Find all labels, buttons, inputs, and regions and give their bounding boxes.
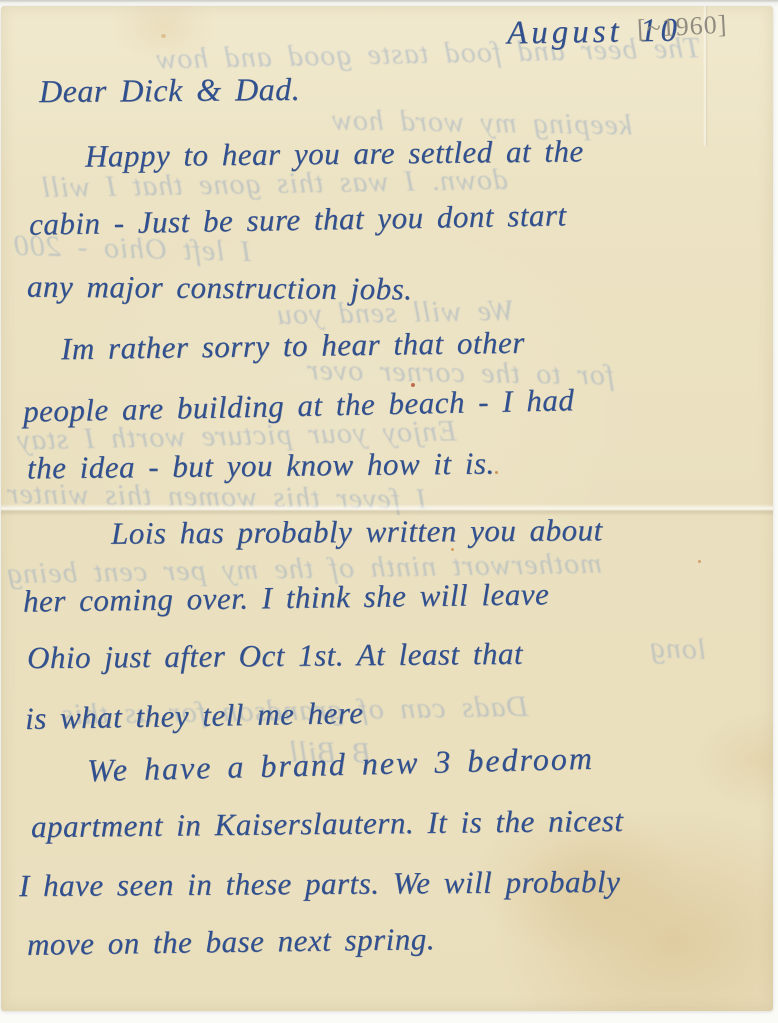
foxing-spot bbox=[495, 471, 498, 474]
letter-line: people are building at the beach - I had bbox=[23, 384, 575, 427]
bleed-through-line: long bbox=[648, 633, 706, 665]
foxing-spot bbox=[161, 34, 166, 38]
letter-line: Lois has probably written you about bbox=[111, 514, 603, 548]
letter-line: Happy to hear you are settled at the bbox=[85, 135, 584, 171]
letter-line: move on the base next spring. bbox=[27, 923, 435, 960]
letter-line: apartment in Kaiserslautern. It is the n… bbox=[31, 805, 624, 842]
letter-line: is what they tell me here bbox=[25, 697, 364, 734]
letter-line: cabin - Just be sure that you dont start bbox=[29, 199, 567, 239]
letter-line: Ohio just after Oct 1st. At least that bbox=[27, 638, 523, 673]
foxing-spot bbox=[698, 560, 701, 563]
greeting-text: Dear Dick & Dad. bbox=[39, 73, 300, 107]
letter-line: We have a brand new 3 bedroom bbox=[87, 742, 595, 786]
letter-paper: The beer and food taste good and how kee… bbox=[1, 6, 773, 1011]
letter-line: I have seen in these parts. We will prob… bbox=[19, 866, 620, 901]
letter-line: any major construction jobs. bbox=[27, 271, 413, 305]
letter-line: Im rather sorry to hear that other bbox=[61, 327, 525, 364]
pencil-annotation: [~1960] bbox=[636, 12, 728, 43]
scanned-letter-page: The beer and food taste good and how kee… bbox=[0, 0, 778, 1023]
letter-line: the idea - but you know how it is. bbox=[27, 448, 495, 484]
foxing-spot bbox=[451, 548, 454, 551]
letter-line: her coming over. I think she will leave bbox=[23, 578, 550, 616]
